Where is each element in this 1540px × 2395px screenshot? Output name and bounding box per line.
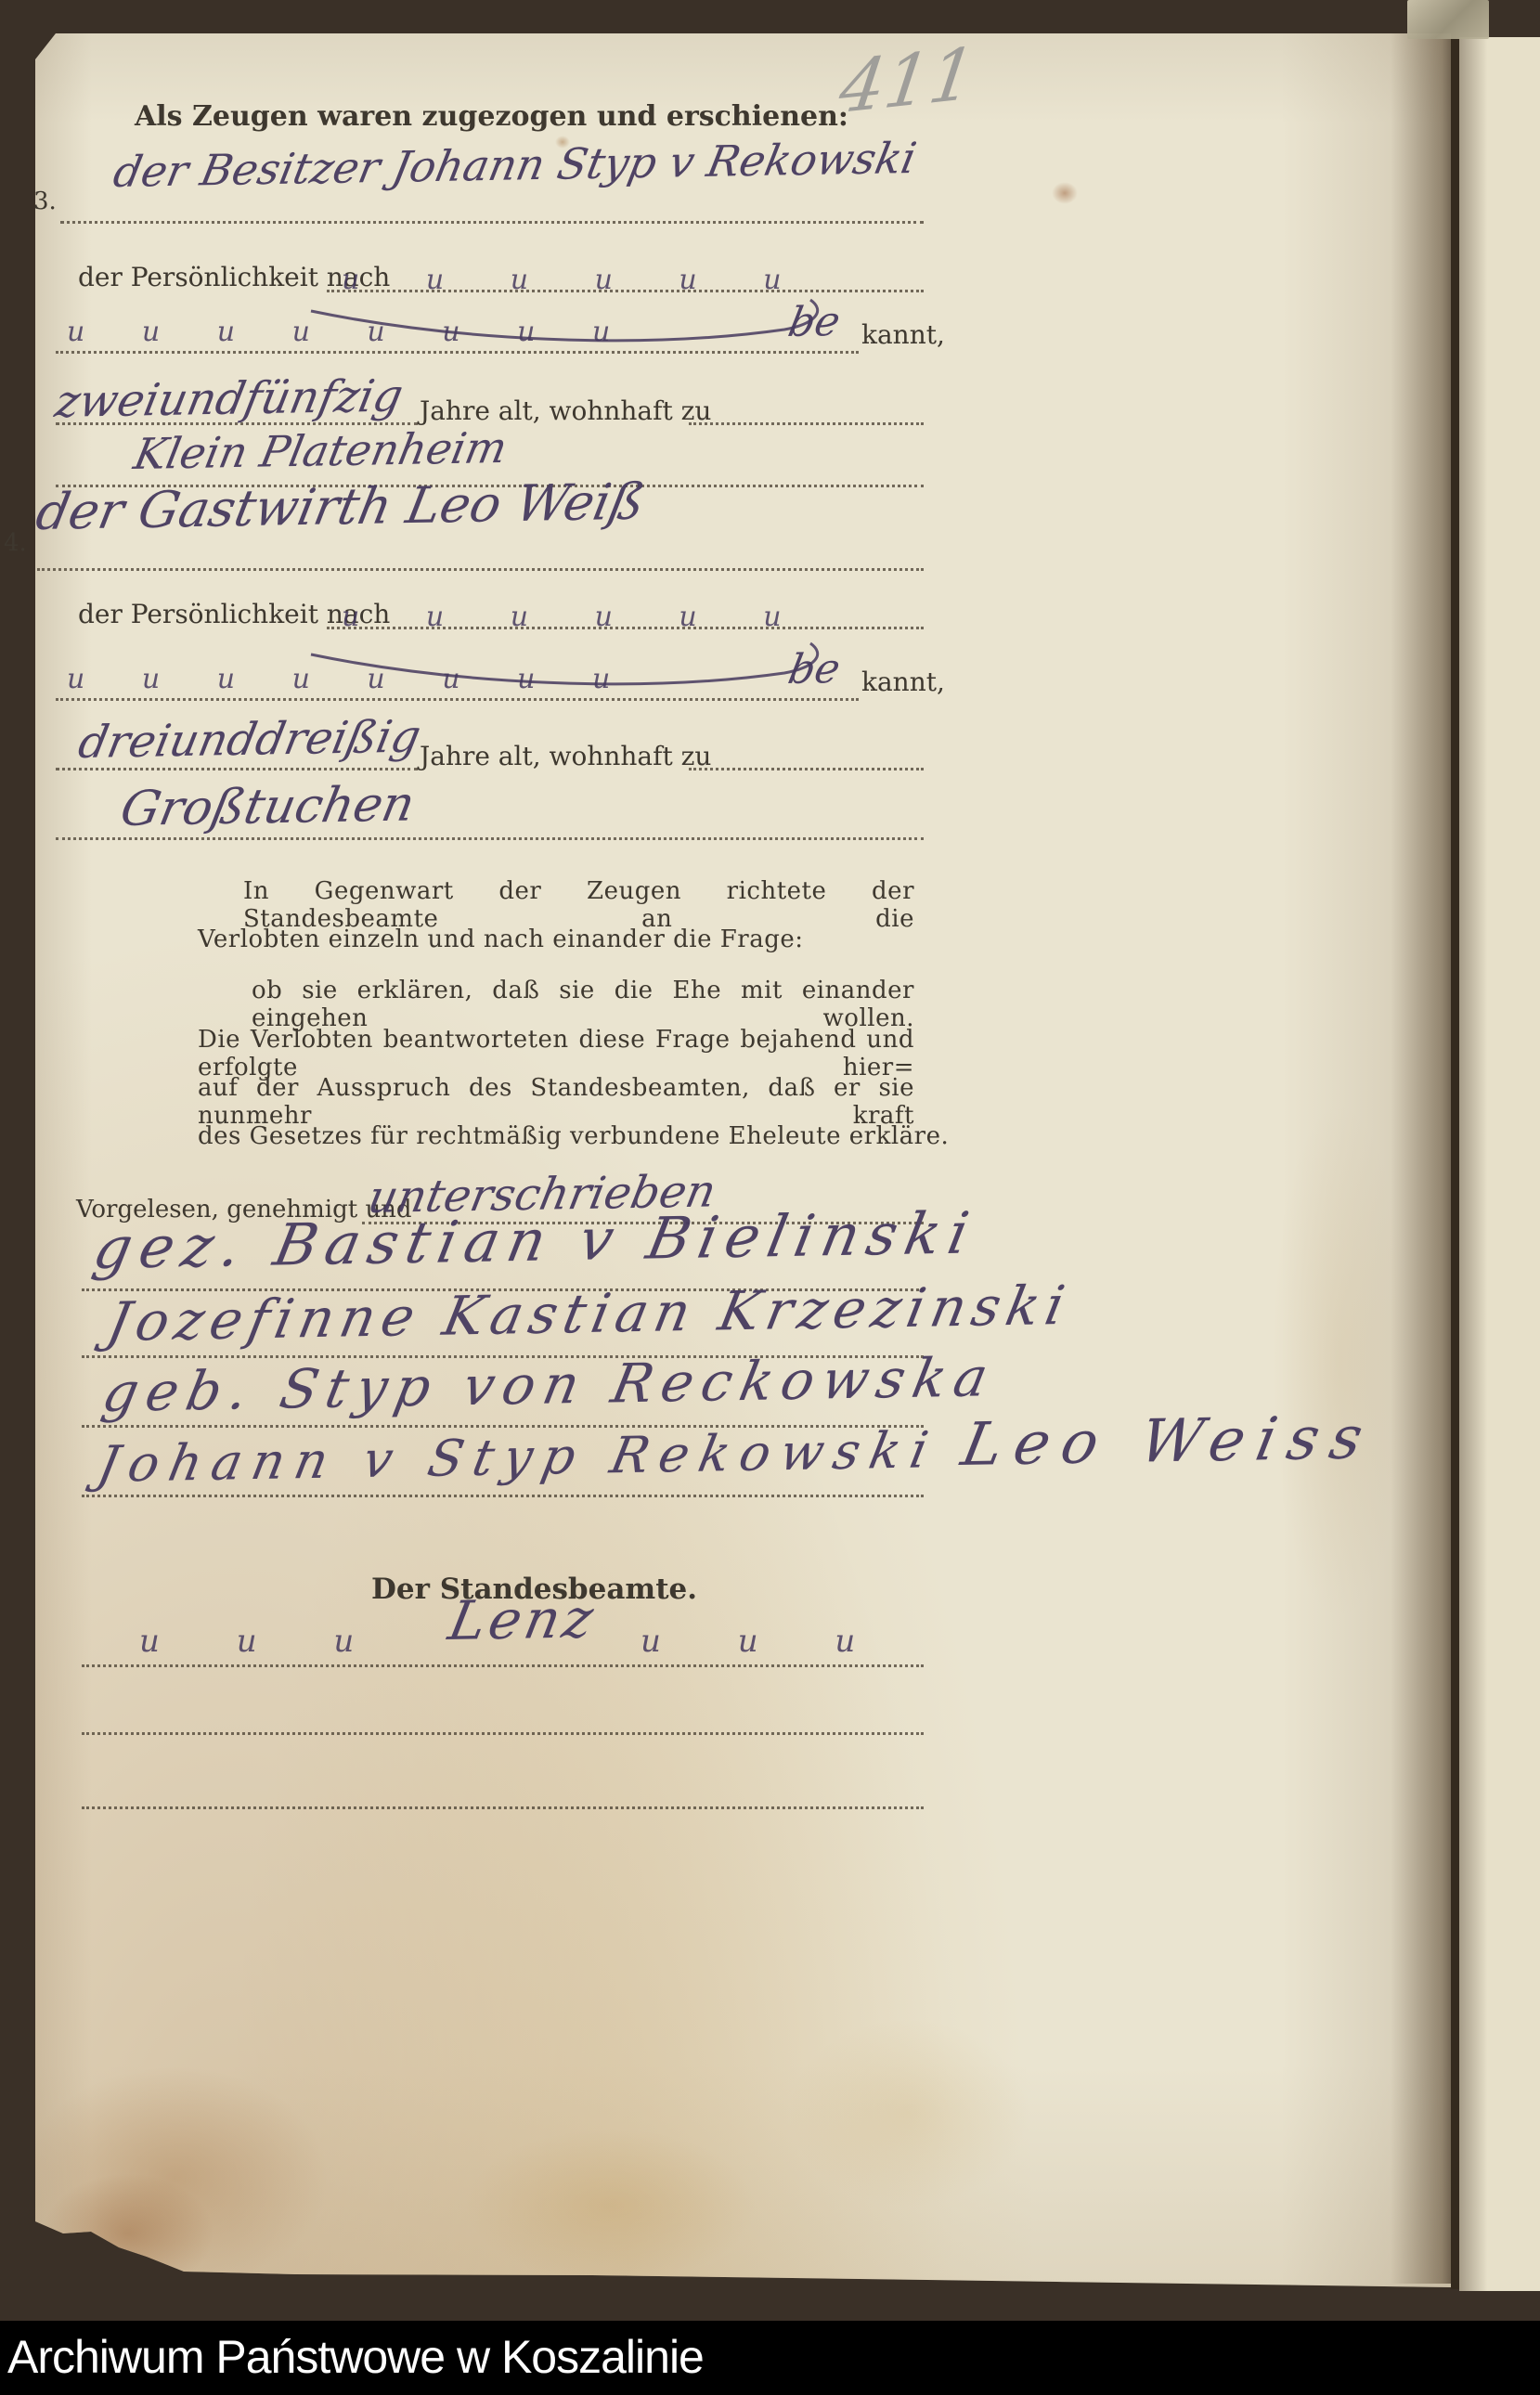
dotted-line bbox=[82, 1806, 924, 1809]
witness4-age-label: Jahre alt, wohnhaft zu bbox=[420, 741, 711, 771]
dotted-line bbox=[689, 768, 924, 770]
witness3-age-entry: zweiundfünfzig bbox=[51, 370, 408, 428]
witness3-kannt-label: kannt, bbox=[861, 319, 945, 350]
declaration-line: Verlobten einzeln und nach einander die … bbox=[198, 926, 804, 953]
witness3-age-label: Jahre alt, wohnhaft zu bbox=[420, 395, 711, 426]
declaration-line: In Gegenwart der Zeugen richtete der Sta… bbox=[243, 877, 914, 933]
declaration-line: ob sie erklären, daß sie die Ehe mit ein… bbox=[252, 977, 914, 1032]
ink-squiggle: u u u u u u bbox=[342, 601, 782, 633]
witness4-be-entry: be bbox=[784, 645, 844, 693]
stain bbox=[1270, 1101, 1409, 1621]
witness3-be-entry: be bbox=[784, 298, 844, 346]
witness4-name-entry: der Gastwirth Leo Weiß bbox=[32, 473, 650, 541]
scanned-document: 411 Als Zeugen waren zugezogen und ersch… bbox=[0, 0, 1540, 2395]
ink-squiggle: u u u bbox=[139, 1623, 354, 1660]
dotted-line bbox=[60, 221, 924, 224]
next-page-edge bbox=[1459, 37, 1540, 2291]
ink-squiggle: u u u bbox=[641, 1623, 855, 1660]
witness4-index: 4. bbox=[4, 529, 27, 557]
stain bbox=[778, 2011, 1038, 2215]
witness3-residence-entry: Klein Platenheim bbox=[130, 422, 511, 479]
witness3-index: 3. bbox=[33, 188, 57, 215]
declaration-line: Die Verlobten beantworteten diese Frage … bbox=[198, 1026, 914, 1081]
dotted-line bbox=[56, 837, 924, 840]
witness4-age-entry: dreiunddreißig bbox=[74, 711, 425, 769]
dotted-line bbox=[82, 1664, 924, 1667]
stain bbox=[7, 2057, 342, 2298]
ink-squiggle: u u u u u u u u bbox=[67, 316, 610, 348]
dotted-line bbox=[56, 698, 859, 701]
ink-squiggle: u u u u u u bbox=[342, 264, 782, 296]
witness4-residence-entry: Großtuchen bbox=[116, 777, 420, 837]
page-fold-shadow bbox=[1391, 33, 1451, 2284]
dotted-line bbox=[689, 422, 924, 425]
witness4-kannt-label: kannt, bbox=[861, 667, 945, 697]
dotted-line bbox=[37, 568, 924, 571]
signature-witness4: Leo Weiss bbox=[956, 1404, 1380, 1480]
declaration-line: auf der Ausspruch des Standesbeamten, da… bbox=[198, 1074, 914, 1130]
stain bbox=[1052, 182, 1078, 204]
tape-repair bbox=[1407, 0, 1489, 39]
declaration-line: des Gesetzes für rechtmäßig verbundene E… bbox=[198, 1122, 949, 1150]
page-heading: Als Zeugen waren zugezogen und erschiene… bbox=[135, 100, 617, 133]
dotted-line bbox=[56, 351, 859, 354]
dotted-line bbox=[82, 1732, 924, 1735]
stain bbox=[453, 2122, 769, 2289]
dotted-line bbox=[82, 1495, 924, 1497]
ink-squiggle: u u u u u u u u bbox=[67, 663, 610, 695]
pencil-page-number: 411 bbox=[835, 32, 980, 130]
registrar-signature: Lenz bbox=[444, 1586, 602, 1652]
archive-name: Archiwum Państwowe w Koszalinie bbox=[7, 2328, 704, 2386]
archive-footer-bar: Archiwum Państwowe w Koszalinie bbox=[0, 2321, 1540, 2395]
stain bbox=[35, 2168, 221, 2298]
page-fold-gap bbox=[1451, 32, 1459, 2289]
dotted-line bbox=[56, 768, 418, 770]
